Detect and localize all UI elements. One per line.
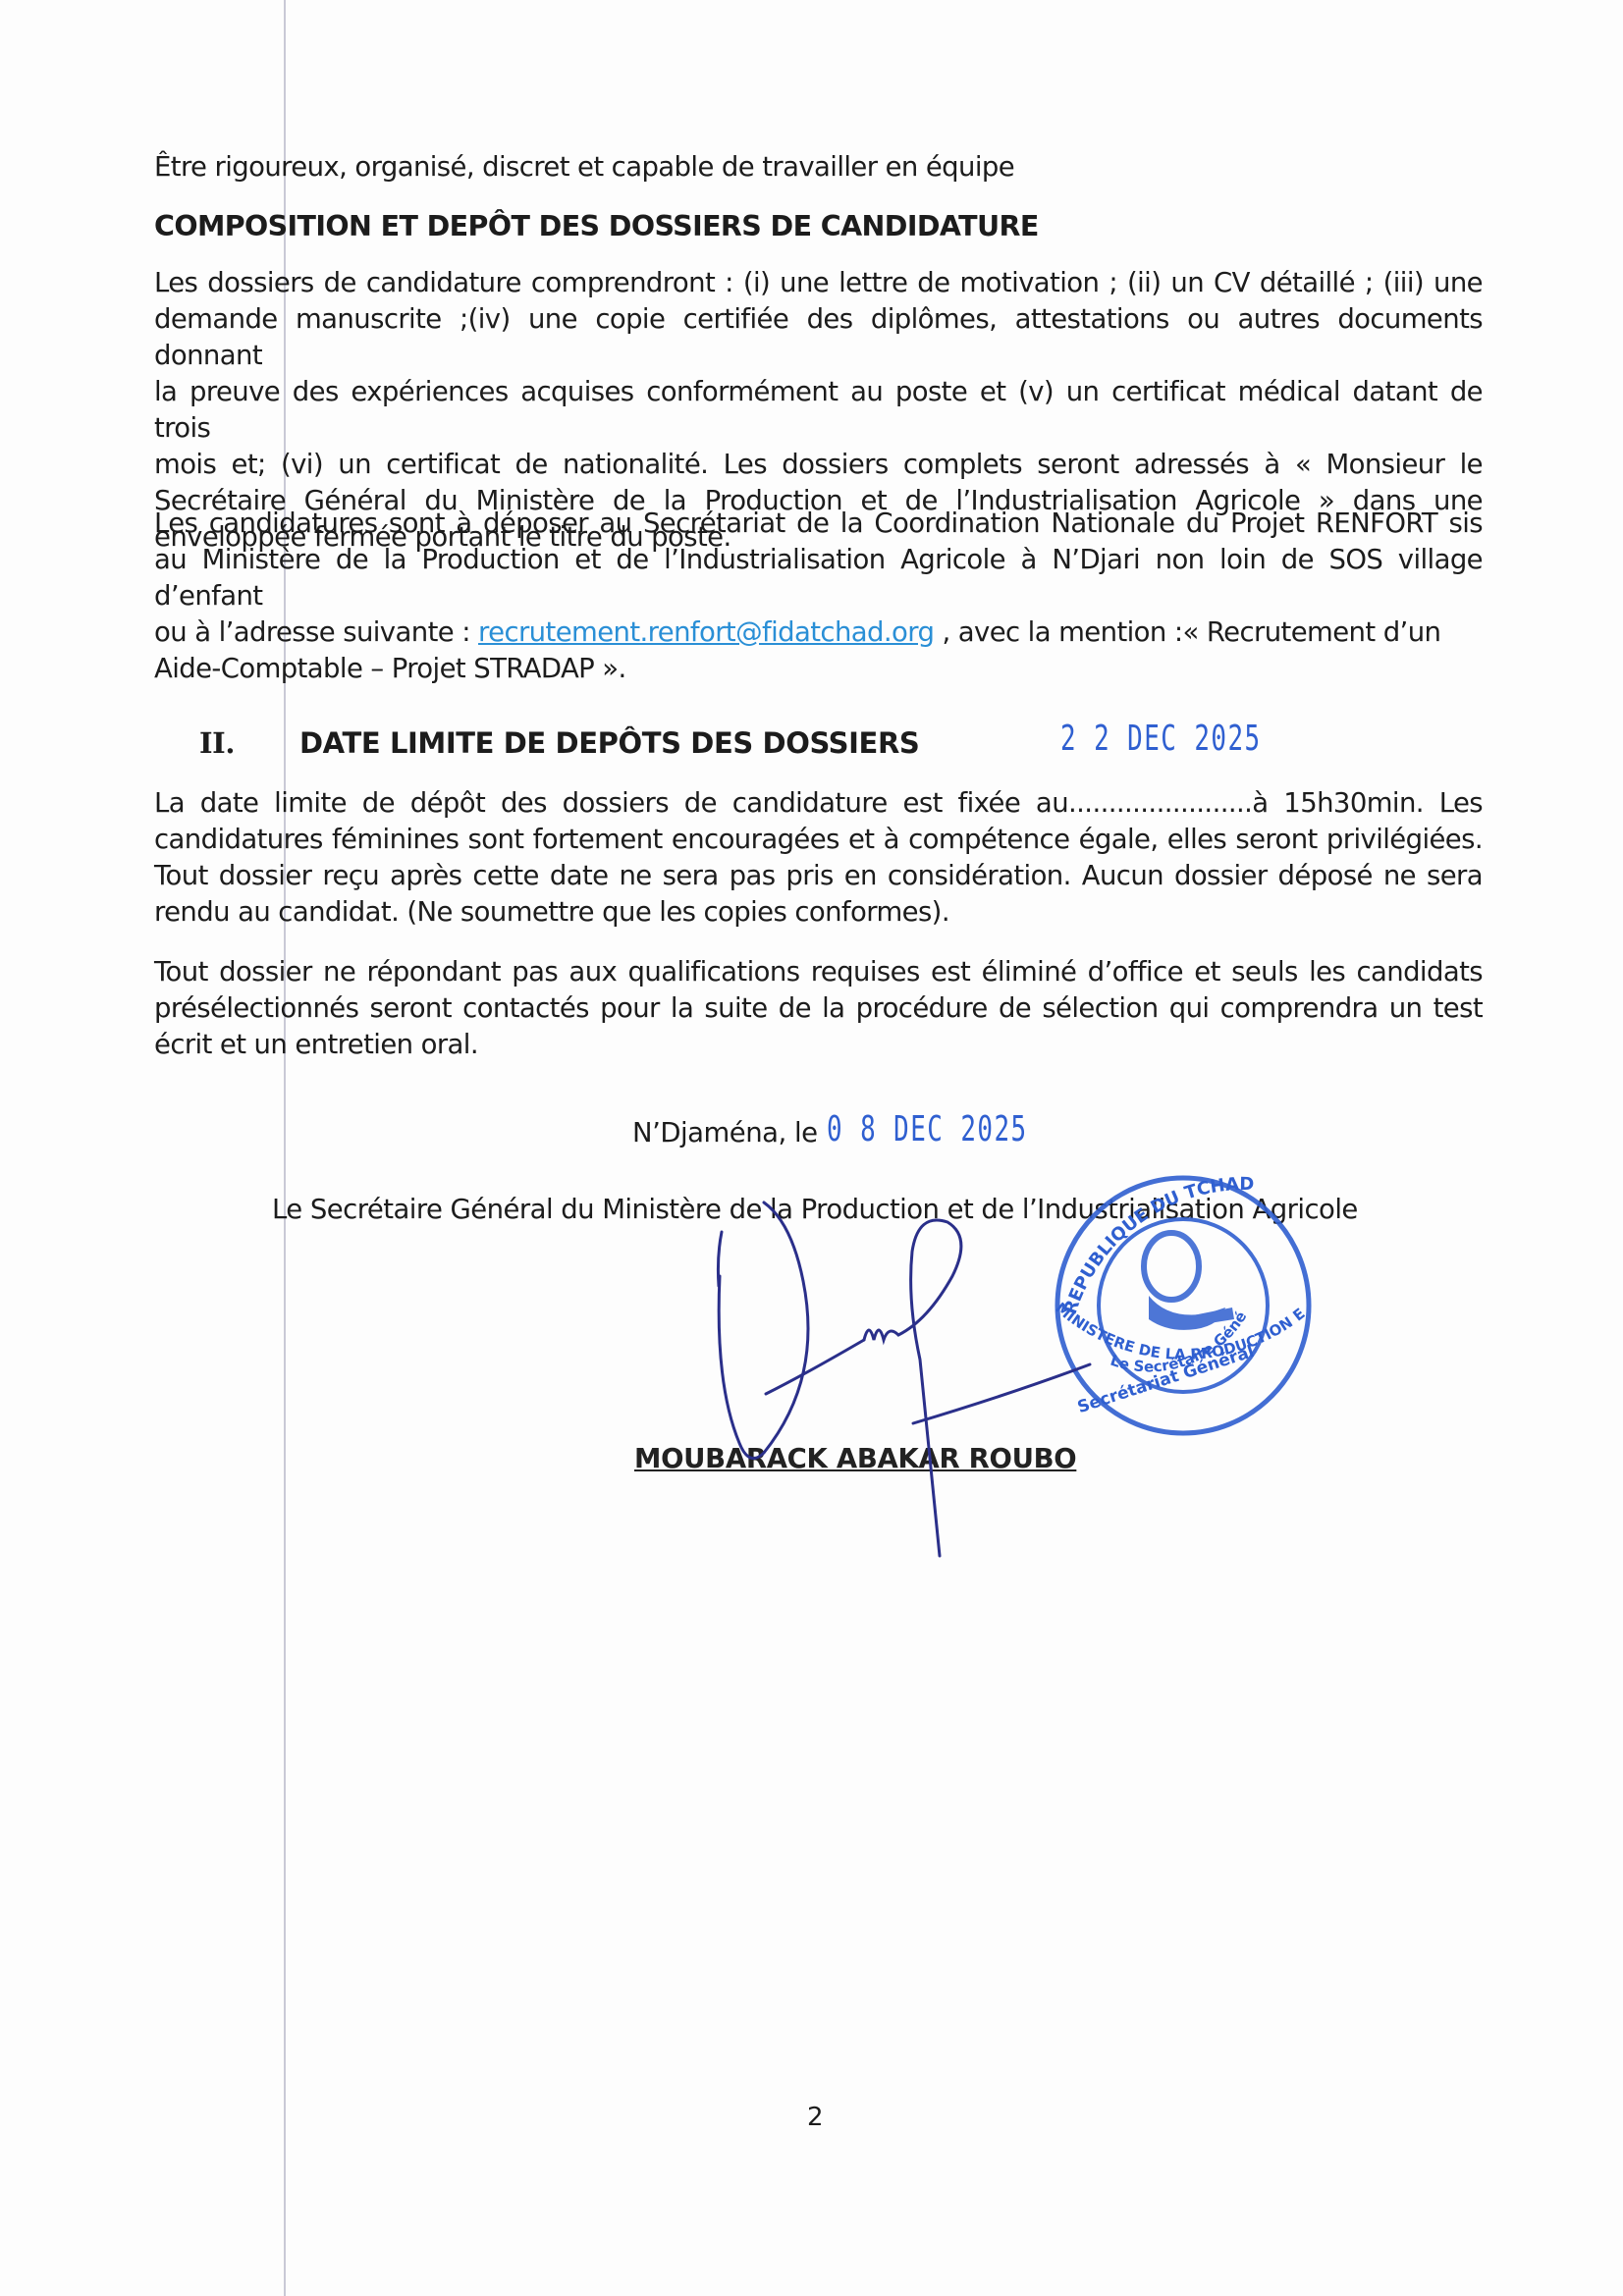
handwritten-signature <box>0 0 1623 2296</box>
page-number: 2 <box>807 2103 824 2132</box>
